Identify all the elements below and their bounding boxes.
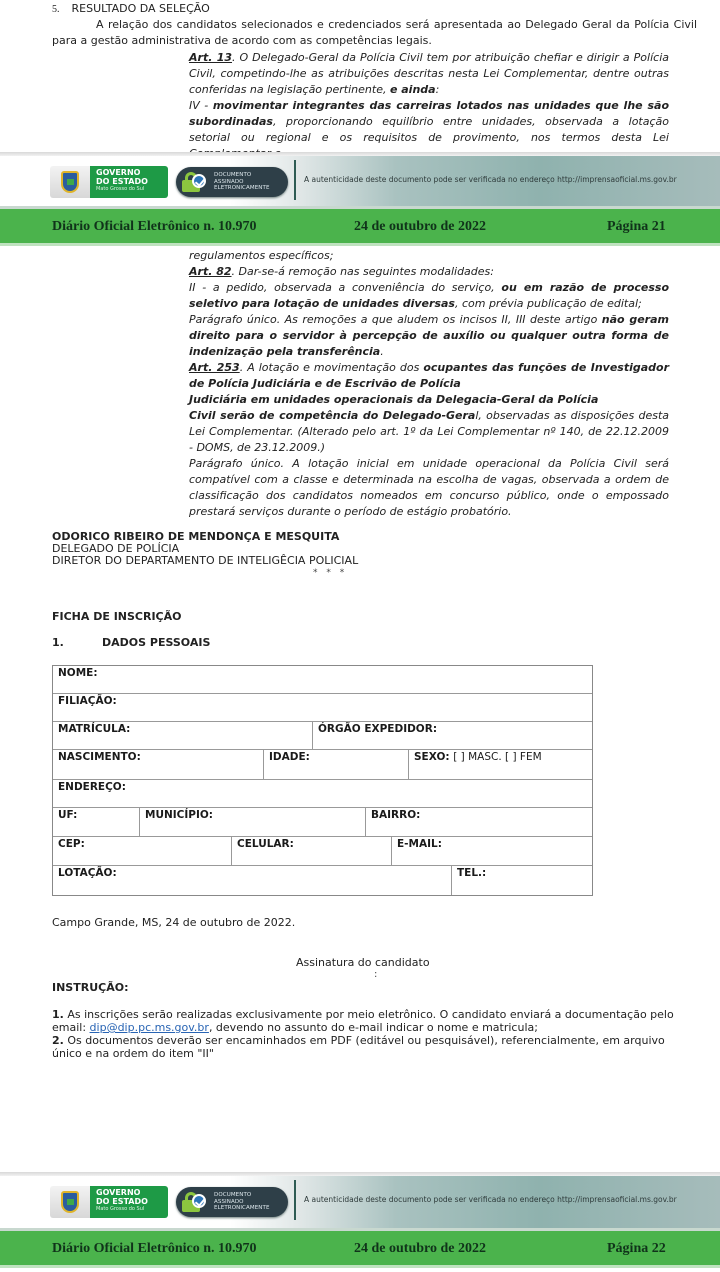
form-title: FICHA DE INSCRIÇÃO xyxy=(52,610,182,623)
instructions-title: INSTRUÇÃO: xyxy=(52,981,128,994)
field-nome[interactable]: NOME: xyxy=(53,666,592,693)
government-logo: GOVERNO DO ESTADO Mato Grosso do Sul xyxy=(50,166,168,198)
authenticity-text: A autenticidade deste documento pode ser… xyxy=(304,1195,677,1204)
sexo-options[interactable]: [ ] MASC. [ ] FEM xyxy=(453,751,541,763)
registration-form: NOME: FILIAÇÃO: MATRÍCULA: ÓRGÃO EXPEDID… xyxy=(52,665,593,896)
art13-quote: Art. 13. O Delegado-Geral da Polícia Civ… xyxy=(189,50,669,162)
section-title-text: RESULTADO DA SELEÇÃO xyxy=(72,2,210,15)
instructions-list: 1. As inscrições serão realizadas exclus… xyxy=(52,1008,692,1060)
form-section-heading: 1.DADOS PESSOAIS xyxy=(52,636,210,649)
lock-icon xyxy=(182,1192,204,1212)
art82-label: Art. 82 xyxy=(189,265,232,278)
art253-label: Art. 253 xyxy=(189,361,240,374)
field-email[interactable]: E-MAIL: xyxy=(392,837,592,865)
candidate-signature-label: Assinatura do candidato xyxy=(296,956,430,969)
journal-date: 24 de outubro de 2022 xyxy=(354,1241,486,1257)
check-icon xyxy=(192,1194,206,1208)
field-cep[interactable]: CEP: xyxy=(53,837,232,865)
field-tel[interactable]: TEL.: xyxy=(452,866,592,895)
page-header-bar: Diário Oficial Eletrônico n. 10.970 24 d… xyxy=(0,206,720,246)
authenticity-banner-bottom: GOVERNO DO ESTADO Mato Grosso do Sul DOC… xyxy=(0,1172,720,1228)
field-matricula[interactable]: MATRÍCULA: xyxy=(53,722,313,749)
city-date: Campo Grande, MS, 24 de outubro de 2022. xyxy=(52,916,295,929)
journal-title: Diário Oficial Eletrônico n. 10.970 xyxy=(52,219,257,235)
signature-block: ODORICO RIBEIRO DE MENDONÇA E MESQUITA D… xyxy=(52,531,358,567)
instruction-item: 1. As inscrições serão realizadas exclus… xyxy=(52,1008,692,1034)
field-orgao-expedidor[interactable]: ÓRGÃO EXPEDIDOR: xyxy=(313,722,592,749)
field-sexo[interactable]: SEXO: [ ] MASC. [ ] FEM xyxy=(409,750,592,779)
field-municipio[interactable]: MUNICÍPIO: xyxy=(140,808,366,836)
state-crest-icon xyxy=(61,1191,79,1213)
field-endereco[interactable]: ENDEREÇO: xyxy=(53,780,592,807)
divider xyxy=(294,1180,296,1220)
page-number: Página 22 xyxy=(607,1241,666,1257)
authenticity-banner: GOVERNO DO ESTADO Mato Grosso do Sul DOC… xyxy=(0,152,720,208)
page-number: Página 21 xyxy=(607,219,666,235)
separator-stars: * * * xyxy=(313,568,347,578)
section-title: 5.RESULTADO DA SELEÇÃO xyxy=(52,2,210,15)
signer-department: DIRETOR DO DEPARTAMENTO DE INTELIGÊCIA P… xyxy=(52,555,358,567)
page-header-bar-bottom: Diário Oficial Eletrônico n. 10.970 24 d… xyxy=(0,1228,720,1268)
authenticity-text: A autenticidade deste documento pode ser… xyxy=(304,175,677,184)
signed-document-badge: DOCUMENTO ASSINADO ELETRONICAMENTE xyxy=(176,1187,288,1217)
field-uf[interactable]: UF: xyxy=(53,808,140,836)
field-lotacao[interactable]: LOTAÇÃO: xyxy=(53,866,452,895)
journal-title: Diário Oficial Eletrônico n. 10.970 xyxy=(52,1241,257,1257)
check-icon xyxy=(192,174,206,188)
journal-date: 24 de outubro de 2022 xyxy=(354,219,486,235)
art13-label: Art. 13 xyxy=(189,51,232,64)
email-link[interactable]: dip@dip.pc.ms.gov.br xyxy=(90,1021,209,1034)
field-celular[interactable]: CELULAR: xyxy=(232,837,392,865)
field-nascimento[interactable]: NASCIMENTO: xyxy=(53,750,264,779)
field-filiacao[interactable]: FILIAÇÃO: xyxy=(53,694,592,721)
signed-document-badge: DOCUMENTO ASSINADO ELETRONICAMENTE xyxy=(176,167,288,197)
signature-colon: : xyxy=(374,969,377,980)
government-logo: GOVERNO DO ESTADO Mato Grosso do Sul xyxy=(50,1186,168,1218)
field-bairro[interactable]: BAIRRO: xyxy=(366,808,592,836)
section-paragraph: A relação dos candidatos selecionados e … xyxy=(52,17,697,49)
lock-icon xyxy=(182,172,204,192)
divider xyxy=(294,160,296,200)
legal-quotes: regulamentos específicos; Art. 82. Dar-s… xyxy=(189,248,669,520)
field-idade[interactable]: IDADE: xyxy=(264,750,409,779)
state-crest-icon xyxy=(61,171,79,193)
section-number: 5. xyxy=(52,4,60,15)
instruction-item: 2. Os documentos deverão ser encaminhado… xyxy=(52,1034,692,1060)
